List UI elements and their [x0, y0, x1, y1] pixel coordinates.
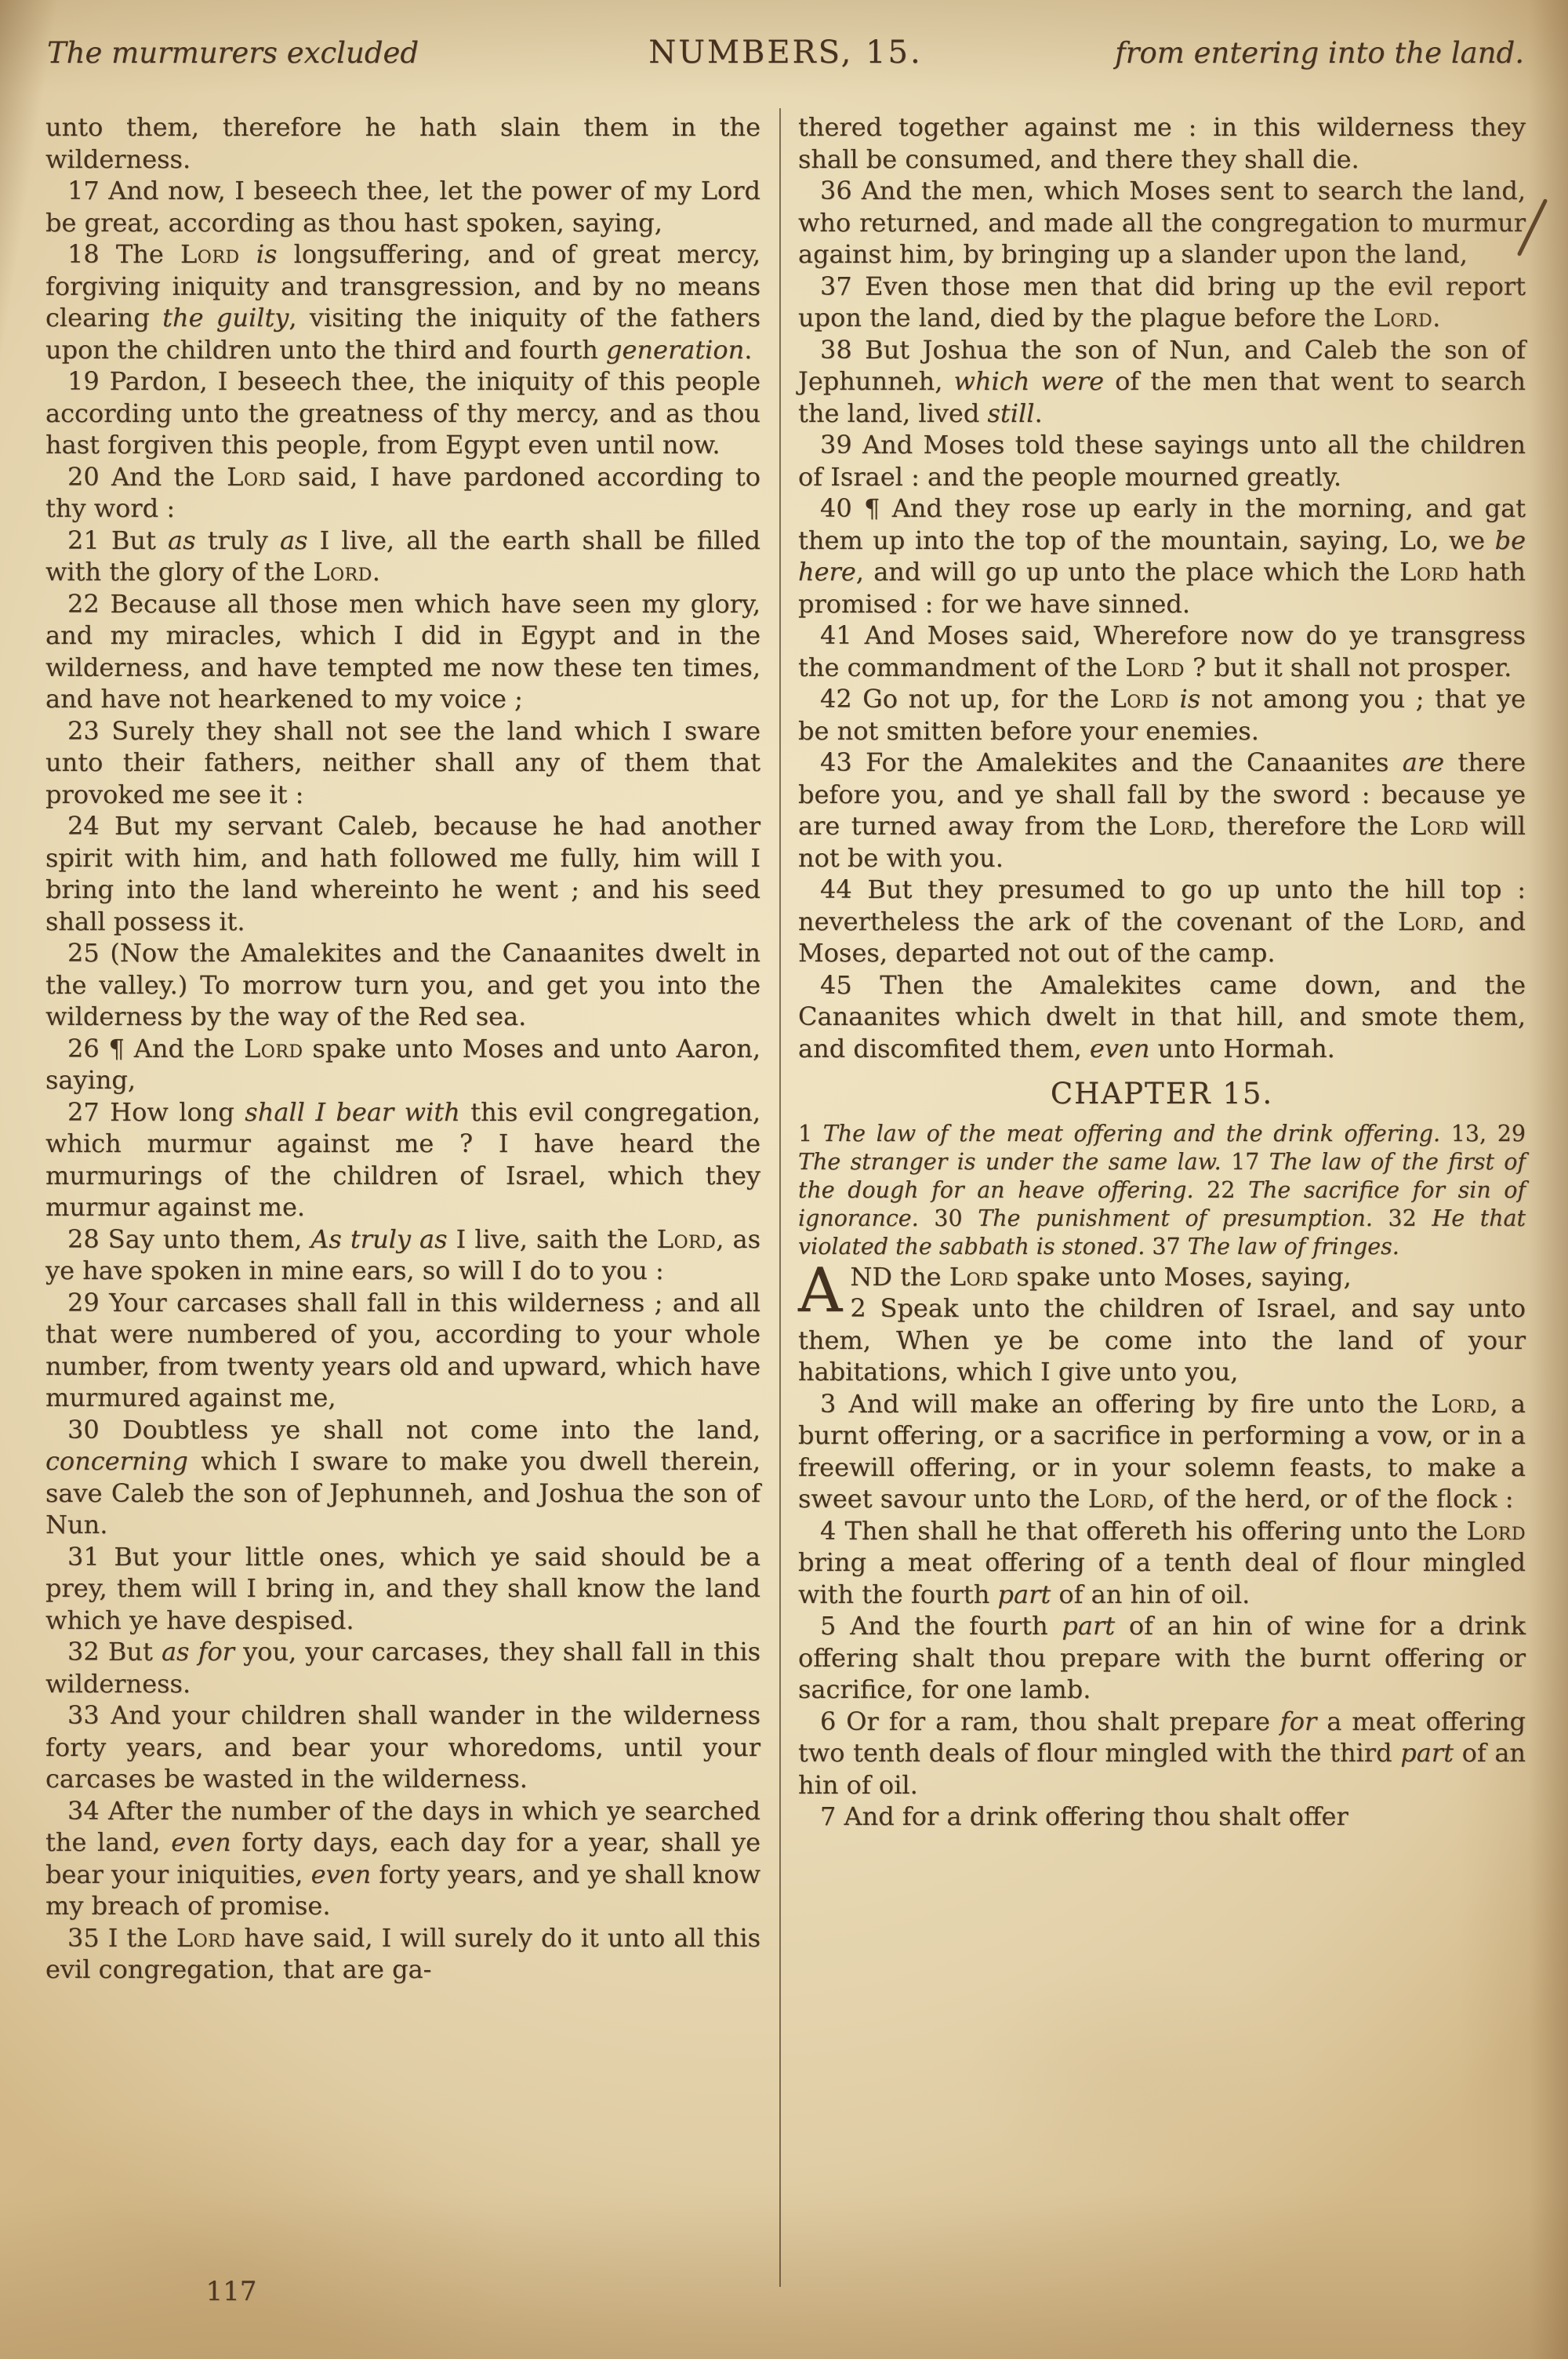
- column-divider-rule: [779, 108, 781, 2287]
- verse-paragraph: 22 Because all those men which have seen…: [45, 588, 760, 715]
- running-head-right: from entering into the land.: [923, 36, 1524, 70]
- verse-paragraph: 19 Pardon, I beseech thee, the iniquity …: [45, 365, 760, 461]
- verse-paragraph: 45 Then the Amalekites came down, and th…: [798, 969, 1526, 1065]
- verse-paragraph: 29 Your carcases shall fall in this wild…: [45, 1287, 760, 1414]
- scanned-book-page: The murmurers excluded NUMBERS, 15. from…: [0, 0, 1568, 2359]
- verse-paragraph: 37 Even those men that did bring up the …: [798, 271, 1526, 334]
- continuation-paragraph: thered together against me : in this wil…: [798, 111, 1526, 175]
- verse-paragraph: 21 But as truly as I live, all the earth…: [45, 525, 760, 588]
- text-column-right: thered together against me : in this wil…: [798, 111, 1526, 1833]
- page-number: 117: [149, 2276, 314, 2307]
- verse-paragraph: 38 But Joshua the son of Nun, and Caleb …: [798, 334, 1526, 430]
- verse-paragraph: 39 And Moses told these sayings unto all…: [798, 429, 1526, 493]
- verse-paragraph: 42 Go not up, for the Lord is not among …: [798, 683, 1526, 747]
- verse-paragraph: ND the Lord spake unto Moses, saying,: [798, 1261, 1526, 1293]
- chapter-heading: CHAPTER 15.: [798, 1078, 1526, 1110]
- verse-paragraph: 33 And your children shall wander in the…: [45, 1699, 760, 1795]
- verse-paragraph: 6 Or for a ram, thou shalt prepare for a…: [798, 1706, 1526, 1801]
- verse-paragraph: 20 And the Lord said, I have pardoned ac…: [45, 461, 760, 525]
- verse-paragraph: 3 And will make an offering by fire unto…: [798, 1388, 1526, 1515]
- verse-paragraph: 23 Surely they shall not see the land wh…: [45, 715, 760, 811]
- continuation-paragraph: unto them, therefore he hath slain them …: [45, 111, 760, 175]
- verse-paragraph: 30 Doubtless ye shall not come into the …: [45, 1414, 760, 1541]
- verse-paragraph: 7 And for a drink offering thou shalt of…: [798, 1801, 1526, 1833]
- verse-paragraph: 36 And the men, which Moses sent to sear…: [798, 175, 1526, 271]
- verse-paragraph: 4 Then shall he that offereth his offeri…: [798, 1515, 1526, 1611]
- drop-cap-verse-group: AND the Lord spake unto Moses, saying,2 …: [798, 1261, 1526, 1388]
- verse-paragraph: 18 The Lord is longsuffering, and of gre…: [45, 238, 760, 365]
- verse-paragraph: 25 (Now the Amalekites and the Canaanite…: [45, 937, 760, 1033]
- verse-paragraph: 44 But they presumed to go up unto the h…: [798, 874, 1526, 969]
- verse-paragraph: 5 And the fourth part of an hin of wine …: [798, 1610, 1526, 1706]
- verse-paragraph: 31 But your little ones, which ye said s…: [45, 1541, 760, 1637]
- verse-paragraph: 32 But as for you, your carcases, they s…: [45, 1636, 760, 1699]
- verse-paragraph: 40 ¶ And they rose up early in the morni…: [798, 493, 1526, 620]
- verse-paragraph: 28 Say unto them, As truly as I live, sa…: [45, 1223, 760, 1287]
- verse-paragraph: 24 But my servant Caleb, because he had …: [45, 810, 760, 937]
- running-head: The murmurers excluded NUMBERS, 15. from…: [47, 35, 1524, 71]
- drop-cap-initial: A: [798, 1266, 842, 1316]
- verse-paragraph: 2 Speak unto the children of Israel, and…: [798, 1292, 1526, 1388]
- verse-paragraph: 41 And Moses said, Wherefore now do ye t…: [798, 620, 1526, 683]
- verse-paragraph: 17 And now, I beseech thee, let the powe…: [45, 175, 760, 238]
- running-head-left: The murmurers excluded: [47, 36, 648, 70]
- verse-paragraph: 26 ¶ And the Lord spake unto Moses and u…: [45, 1033, 760, 1096]
- verse-paragraph: 43 For the Amalekites and the Canaanites…: [798, 747, 1526, 874]
- text-column-left: unto them, therefore he hath slain them …: [45, 111, 760, 1986]
- verse-paragraph: 35 I the Lord have said, I will surely d…: [45, 1922, 760, 1986]
- chapter-summary: 1 The law of the meat offering and the d…: [798, 1120, 1526, 1261]
- verse-paragraph: 34 After the number of the days in which…: [45, 1795, 760, 1922]
- running-head-title: NUMBERS, 15.: [648, 35, 922, 71]
- verse-paragraph: 27 How long shall I bear with this evil …: [45, 1096, 760, 1223]
